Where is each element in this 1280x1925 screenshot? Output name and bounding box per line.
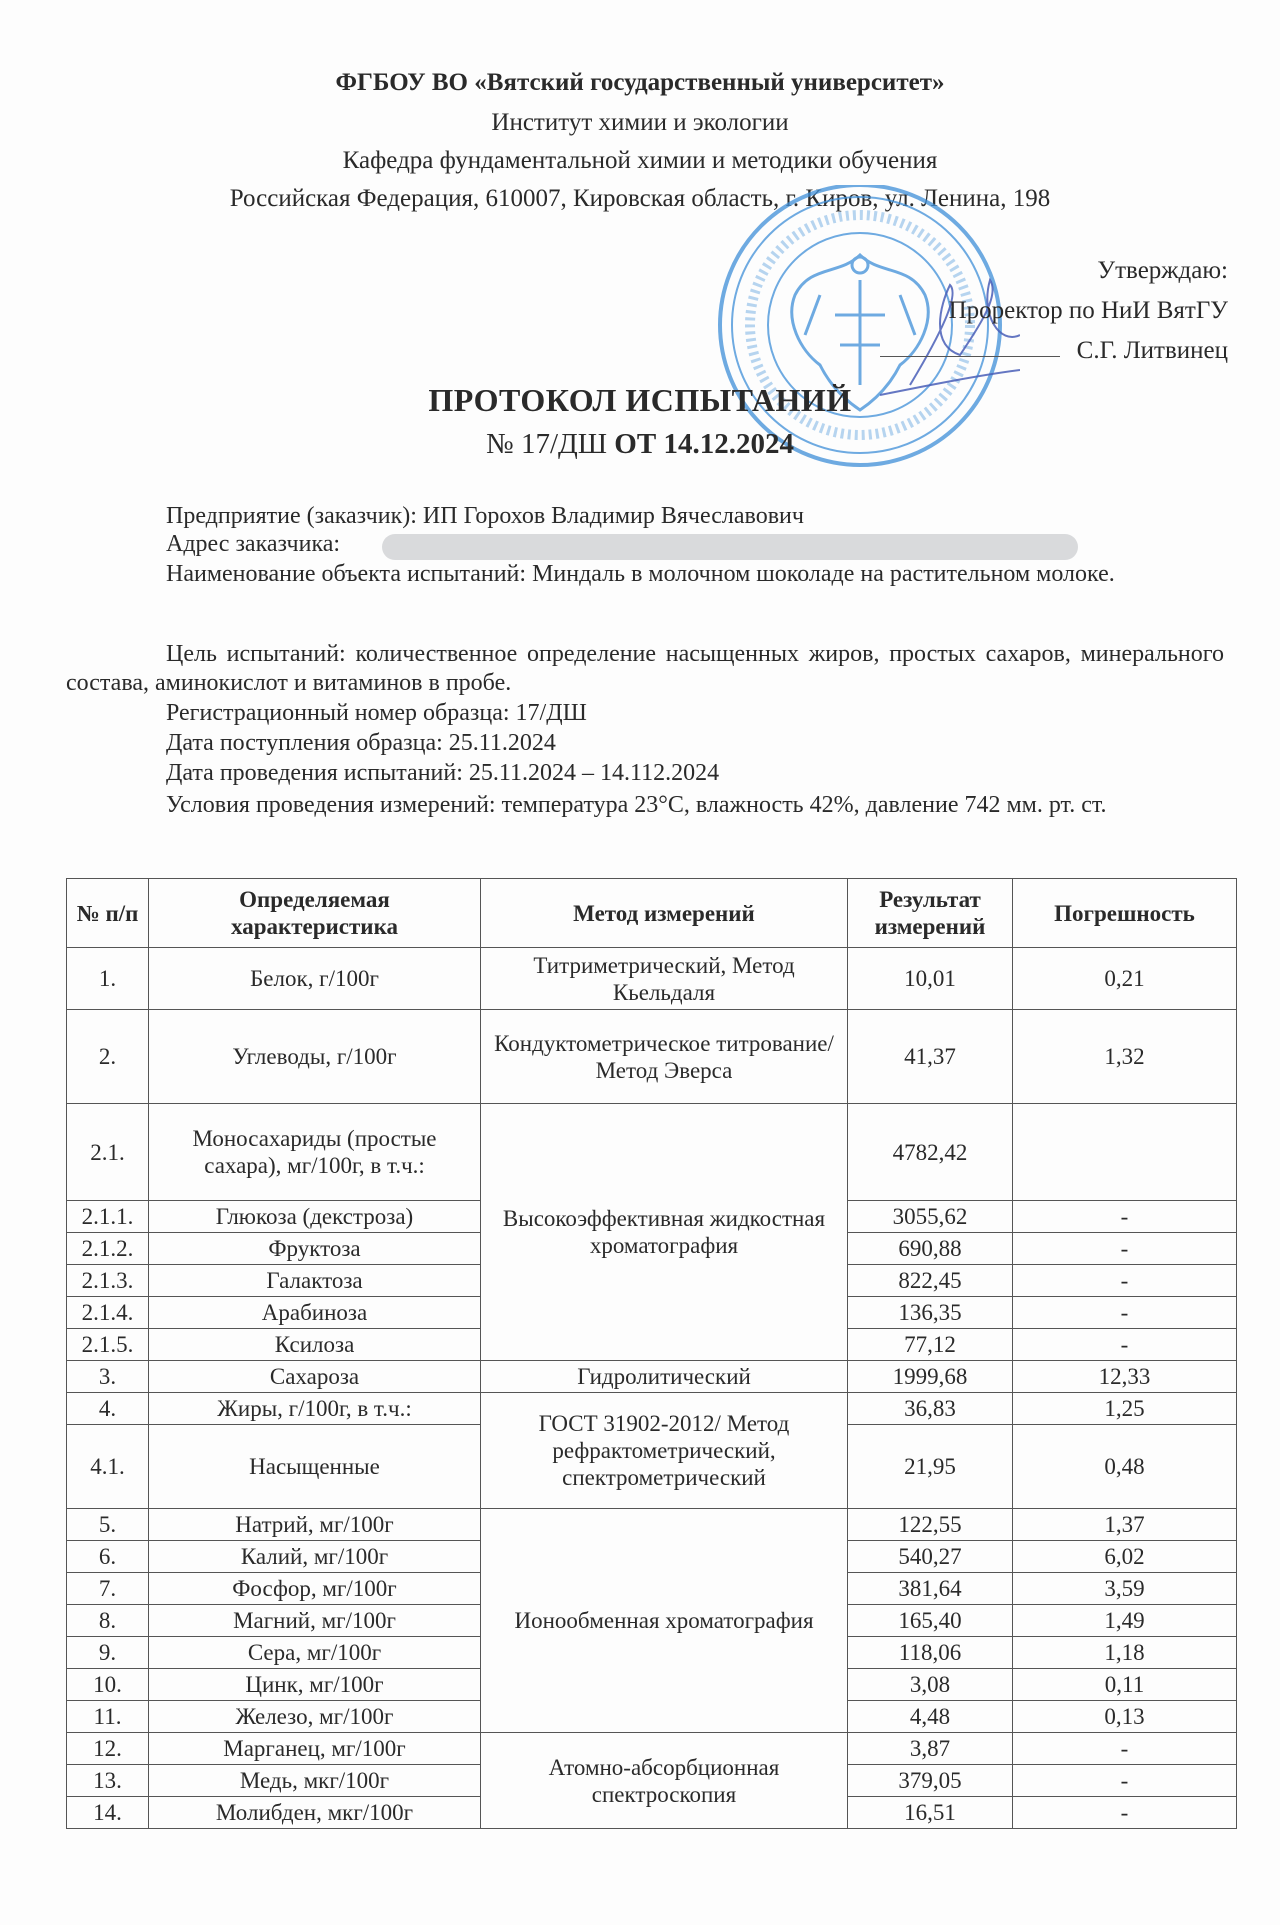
test-purpose-line: Цель испытаний: количественное определен… [66,640,1224,698]
organization-name: ФГБОУ ВО «Вятский государственный универ… [0,65,1280,101]
table-row: 2. Углеводы, г/100г Кондуктометрическое … [67,1010,1237,1104]
method-cell: Кондуктометрическое титрование/Метод Эве… [481,1010,848,1104]
department-name: Кафедра фундаментальной химии и методики… [0,143,1280,179]
receipt-date-line: Дата поступления образца: 25.11.2024 [66,729,1224,758]
method-cell: Гидролитический [481,1361,848,1393]
table-row: 4. Жиры, г/100г, в т.ч.: ГОСТ 31902-2012… [67,1393,1237,1425]
table-row: 1. Белок, г/100г Титриметрический, Метод… [67,948,1237,1010]
signature-line [880,356,1060,357]
method-cell: Атомно-абсорбционная спектроскопия [481,1733,848,1829]
redacted-address [382,534,1078,560]
approver-position: Проректор по НиИ ВятГУ [949,293,1228,329]
method-cell: ГОСТ 31902-2012/ Метод рефрактометрическ… [481,1393,848,1509]
table-row: 12. Марганец, мг/100г Атомно-абсорбционн… [67,1733,1237,1765]
header-result: Результат измерений [848,879,1013,948]
test-object-line: Наименование объекта испытаний: Миндаль … [66,560,1224,589]
protocol-title: ПРОТОКОЛ ИСПЫТАНИЙ [0,382,1280,419]
registration-number-line: Регистрационный номер образца: 17/ДШ [66,699,1224,728]
protocol-number: № 17/ДШ ОТ 14.12.2024 [0,428,1280,461]
method-cell: Ионообменная хроматография [481,1509,848,1733]
method-cell: Титриметрический, Метод Кьельдаля [481,948,848,1010]
header-error: Погрешность [1013,879,1237,948]
table-row: 3. Сахароза Гидролитический 1999,68 12,3… [67,1361,1237,1393]
results-table: № п/п Определяемая характеристика Метод … [66,878,1237,1829]
method-cell: Высокоэффективная жидкостная хроматограф… [481,1104,848,1361]
table-row: 2.1. Моносахариды (простые сахара), мг/1… [67,1104,1237,1201]
header-characteristic: Определяемая характеристика [149,879,481,948]
enterprise-line: Предприятие (заказчик): ИП Горохов Влади… [66,502,1224,531]
approval-label: Утверждаю: [1097,253,1228,289]
header-number: № п/п [67,879,149,948]
organization-address: Российская Федерация, 610007, Кировская … [0,181,1280,217]
conditions-line: Условия проведения измерений: температур… [66,791,1224,820]
institute-name: Институт химии и экологии [0,105,1280,141]
protocol-date: ОТ 14.12.2024 [614,428,794,460]
test-dates-line: Дата проведения испытаний: 25.11.2024 – … [66,759,1224,788]
header-method: Метод измерений [481,879,848,948]
approver-name: С.Г. Литвинец [1077,333,1228,369]
protocol-number-prefix: № 17/ДШ [486,428,607,460]
table-header-row: № п/п Определяемая характеристика Метод … [67,879,1237,948]
table-row: 5. Натрий, мг/100г Ионообменная хроматог… [67,1509,1237,1541]
